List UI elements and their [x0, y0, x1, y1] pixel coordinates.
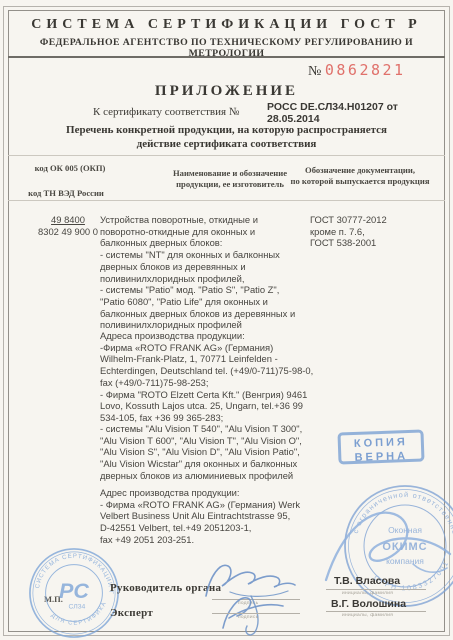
documentation-refs: ГОСТ 30777-2012 кроме п. 7.6, ГОСТ 538-2… — [310, 214, 387, 249]
product-description: Устройства поворотные, откидные и поворо… — [100, 214, 295, 331]
document-title: ПРИЛОЖЕНИЕ — [0, 83, 453, 100]
expert-name-caption: инициалы, фамилия — [342, 613, 393, 618]
expert-signature-line — [212, 613, 300, 614]
expert-signature-caption: подпись — [238, 615, 258, 620]
cert-stamp-logo: РС — [59, 579, 89, 603]
expert-name-line — [326, 611, 426, 612]
cert-stamp-code: СЛ34 — [69, 604, 86, 611]
blank-number-label: № — [308, 64, 321, 79]
production-addresses-2: Адрес производства продукции: - Фирма «R… — [100, 487, 300, 546]
table-rule-bottom — [8, 200, 445, 201]
certificate-label: К сертификату соответствия № — [93, 106, 239, 118]
expert-signature — [205, 588, 290, 636]
system-title: СИСТЕМА СЕРТИФИКАЦИИ ГОСТ Р — [8, 17, 445, 33]
agency-title: ФЕДЕРАЛЬНОЕ АГЕНТСТВО ПО ТЕХНИЧЕСКОМУ РЕ… — [8, 37, 445, 59]
head-name-caption: инициалы, фамилия — [342, 591, 393, 596]
table-rule-top — [8, 155, 445, 156]
certificate-page: СИСТЕМА СЕРТИФИКАЦИИ ГОСТ Р ФЕДЕРАЛЬНОЕ … — [0, 0, 453, 640]
production-addresses-1: Адреса производства продукции: -Фирма «R… — [100, 330, 313, 424]
copy-verna-stamp: КОПИЯ ВЕРНА — [337, 430, 424, 465]
col-header-docs: Обозначение документации, по которой вып… — [280, 165, 440, 187]
header-box: СИСТЕМА СЕРТИФИКАЦИИ ГОСТ Р ФЕДЕРАЛЬНОЕ … — [8, 10, 445, 58]
okp-code: 49 8400 — [24, 214, 112, 226]
scope-heading: Перечень конкретной продукции, на котору… — [0, 124, 453, 151]
expert-name: В.Г. Волошина — [331, 598, 406, 610]
certificate-number: РОСС DE.СЛ34.Н01207 от 28.05.2014 — [267, 101, 453, 125]
head-name: Т.В. Власова — [334, 575, 400, 587]
blank-number-value: 0862821 — [325, 61, 406, 79]
alu-systems-list: - системы "Alu Vision T 540", "Alu Visio… — [100, 423, 302, 482]
product-codes: 49 8400 8302 49 900 0 — [24, 214, 112, 238]
blank-number: № 0862821 — [308, 61, 406, 80]
role-expert: Эксперт — [110, 607, 153, 619]
col-header-okp: код ОК 005 (ОКП) — [20, 163, 120, 174]
tnved-code: 8302 49 900 0 — [24, 226, 112, 238]
head-name-line — [326, 589, 426, 590]
col-header-tnved: код ТН ВЭД России — [16, 188, 116, 199]
copy-stamp-line2: ВЕРНА — [341, 449, 421, 466]
